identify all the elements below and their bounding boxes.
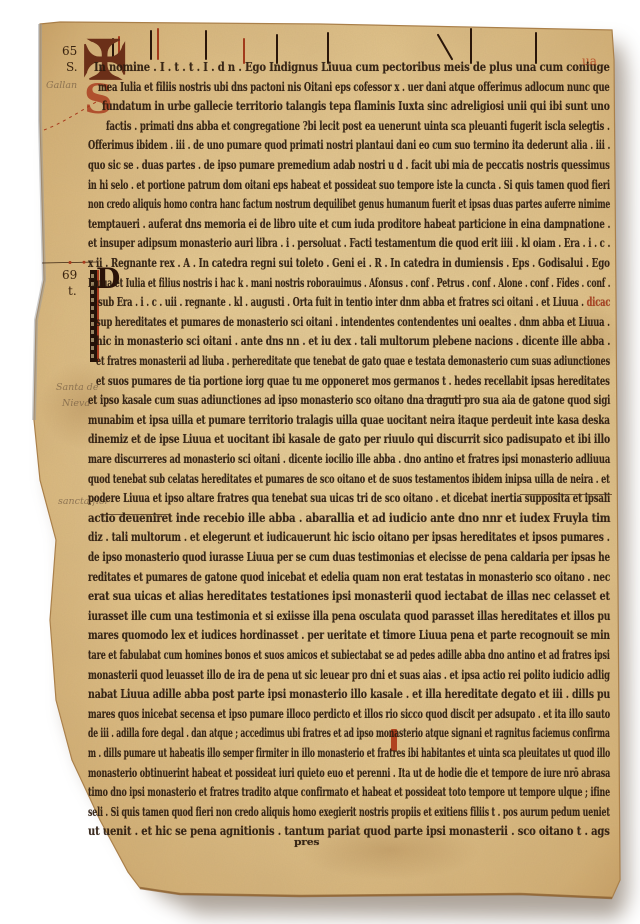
manuscript-line: factis . primati dns abba et congregatio… — [106, 119, 610, 133]
manuscript-line: et ipso kasale cum suas adiunctiones ad … — [88, 393, 610, 407]
manuscript-line: sup hereditates et pumares de monasterio… — [96, 315, 610, 329]
manuscript-line: iurasset ille cum una testimonia et si e… — [88, 609, 610, 623]
manuscript-line: diz . tali multorum . et elegerunt et iu… — [88, 530, 610, 544]
manuscript-line: mares quos inicebat secensa et ipso puma… — [88, 707, 610, 721]
manuscript-line: Liuua et Iulia et filius nostris i hac k… — [88, 276, 610, 290]
manuscript-line: et suos pumares de tia portione iorg qua… — [96, 374, 610, 388]
manuscript-line: m . dills pumare ut habeatis illo semper… — [88, 746, 610, 760]
manuscript-line: de ipso monasterio quod iurasse Liuua pe… — [88, 550, 610, 564]
manuscript-line: et insuper adipsum monasterio auri libra… — [88, 236, 610, 250]
manuscript-line: monasterio obtinuerint habeat et posside… — [88, 766, 610, 780]
manuscript-line: In nomine . I . t . t . I . d n . Ego In… — [94, 60, 610, 74]
manuscript-line: mare discurreres ad monasterio sci oitan… — [88, 452, 610, 466]
margin-folio-number: 69 — [62, 268, 77, 282]
manuscript-line: tare et fabulabat cum homines bonos et s… — [88, 648, 610, 662]
margin-faint-note: Gallan — [46, 80, 77, 91]
manuscript-line: hic in monasterio sci oitani . ante dns … — [96, 334, 610, 348]
manuscript-line: et fratres monasterii ad liuba . perhere… — [96, 354, 610, 368]
manuscript-text: In nomine . I . t . t . I . d n . Ego In… — [84, 52, 614, 874]
manuscript-line: erat sua uicas et alias hereditates test… — [88, 589, 610, 603]
manuscript-line: munabim et ipsa uilla et pumare territor… — [88, 413, 610, 427]
manuscript-line: x ii . Regnante rex . A . In catedra reg… — [88, 256, 610, 270]
margin-letter: S. — [66, 60, 78, 74]
manuscript-line: mares quomodo lex et iudices hordinasset… — [88, 628, 610, 642]
underline-mark — [425, 398, 465, 399]
manuscript-line: seli . Si quis tamen quod fieri non cred… — [88, 805, 610, 819]
manuscript-line: pres — [294, 838, 319, 848]
underline-mark — [100, 514, 170, 515]
rubric-red: dicac — [584, 295, 610, 309]
manuscript-line: in hi selo . et portione patrum dom oita… — [88, 178, 610, 192]
manuscript-line: Offerimus ibidem . iii . de uno pumare q… — [88, 138, 610, 152]
margin-mark: t. — [68, 284, 77, 298]
manuscript-line: dinemiz et de ipse Liuua et uocitant ibi… — [88, 432, 610, 446]
manuscript-line: quo sic se . duas partes . de ipso pumar… — [88, 158, 610, 172]
manuscript-line: reditates et pumares de gatone quod inic… — [88, 570, 610, 584]
manuscript-line: sub Era . i . c . uii . regnante . kl . … — [98, 295, 610, 309]
underline-mark — [520, 494, 612, 495]
manuscript-line: de iii . adilla fore degal . dan atque ;… — [88, 726, 610, 740]
manuscript-line: non credo aliquis homo contra hanc factu… — [88, 197, 610, 211]
manuscript-line: timo dno ipsi monasterio et fratres trad… — [88, 785, 610, 799]
manuscript-line: actio deueniret inde recebio ille abba .… — [88, 511, 610, 525]
manuscript-line: nabat Liuua adille abba post parte ipsi … — [88, 687, 610, 701]
manuscript-scene: ✠ S D 65 S. Gallan 69 t. Santa de Nieva … — [0, 0, 640, 924]
manuscript-line: fundatum in urbe gallecie territorio tal… — [102, 99, 610, 113]
manuscript-line: monasterii quod leuasset illo de ira de … — [88, 668, 610, 682]
manuscript-line: ut uenit . et hic se pena agnitionis . t… — [88, 824, 610, 838]
margin-folio-number: 65 — [62, 44, 77, 58]
manuscript-line: temptaueri . auferat dns memoria ei de l… — [88, 217, 610, 231]
manuscript-line: quod tenebat sub celatas hereditates et … — [88, 472, 610, 486]
manuscript-line: mea Iulia et filiis nostris ubi dns pact… — [98, 80, 610, 94]
